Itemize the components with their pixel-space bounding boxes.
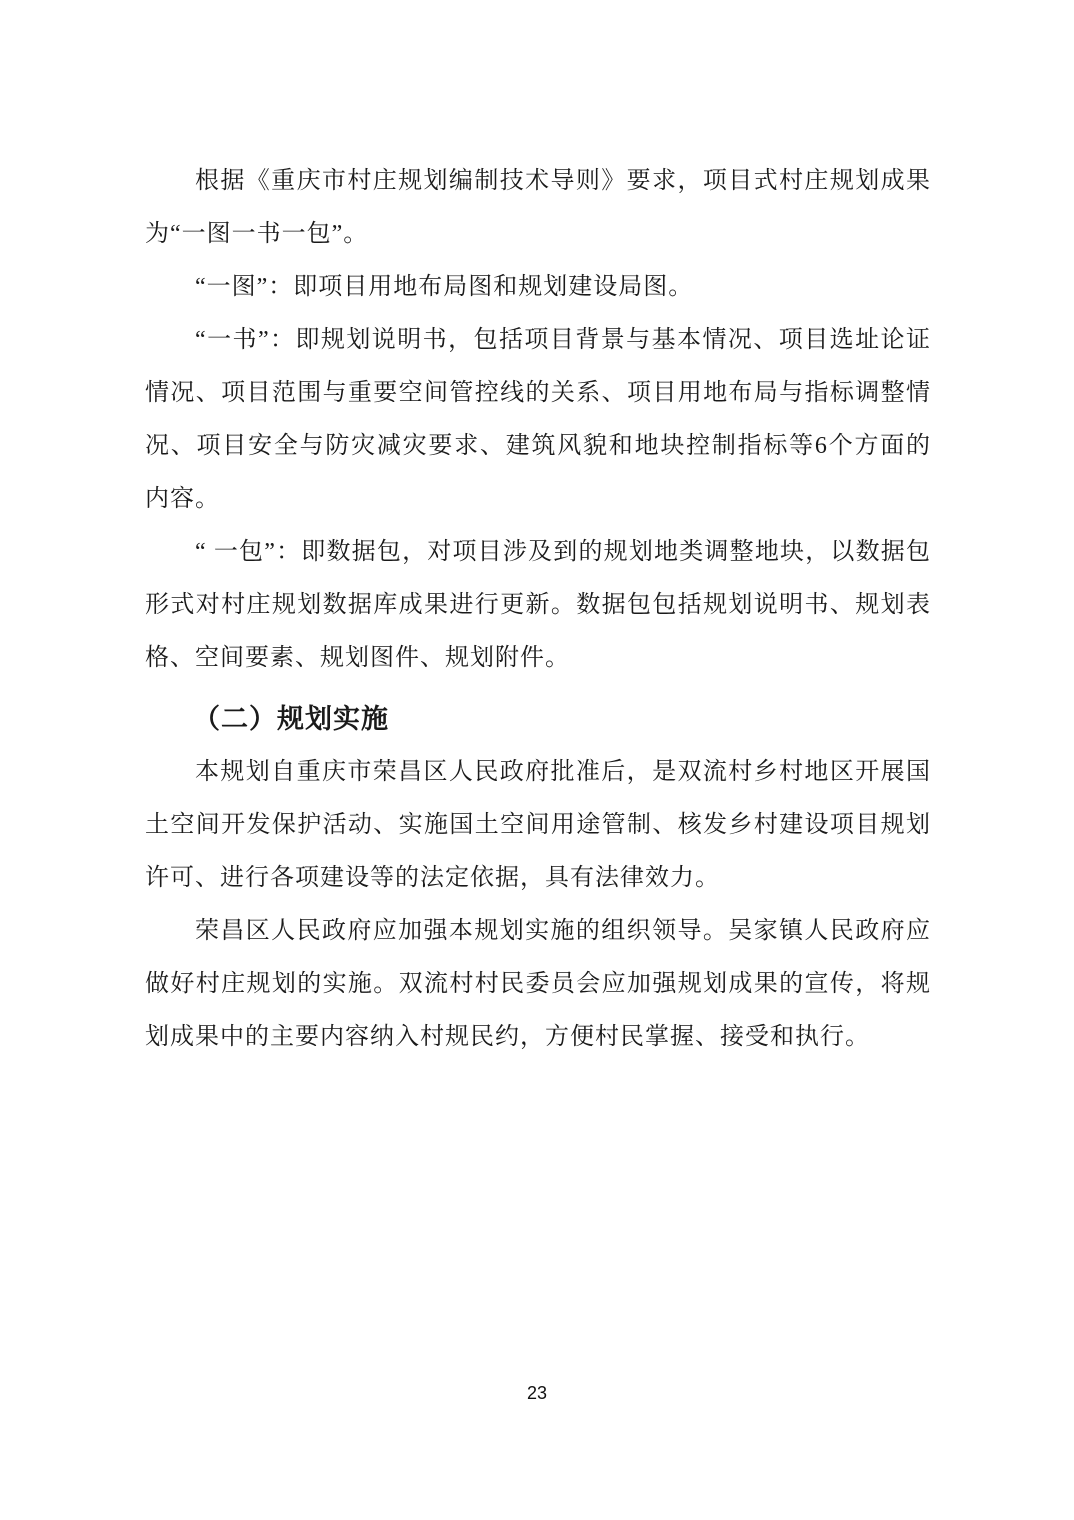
paragraph: 本规划自重庆市荣昌区人民政府批准后，是双流村乡村地区开展国土空间开发保护活动、实… <box>145 746 931 905</box>
paragraph: 根据《重庆市村庄规划编制技术导则》要求，项目式村庄规划成果为“一图一书一包”。 <box>145 155 931 261</box>
paragraph: 荣昌区人民政府应加强本规划实施的组织领导。吴家镇人民政府应做好村庄规划的实施。双… <box>145 905 931 1064</box>
paragraph: “一书”：即规划说明书，包括项目背景与基本情况、项目选址论证情况、项目范围与重要… <box>145 314 931 526</box>
section-heading: （二）规划实施 <box>145 693 931 746</box>
page-number: 23 <box>0 1383 1074 1404</box>
document-page: 根据《重庆市村庄规划编制技术导则》要求，项目式村庄规划成果为“一图一书一包”。“… <box>0 0 1074 1520</box>
paragraph: “ 一包”：即数据包，对项目涉及到的规划地类调整地块，以数据包形式对村庄规划数据… <box>145 526 931 685</box>
document-body: 根据《重庆市村庄规划编制技术导则》要求，项目式村庄规划成果为“一图一书一包”。“… <box>145 155 931 1064</box>
paragraph: “一图”：即项目用地布局图和规划建设局图。 <box>145 261 931 314</box>
